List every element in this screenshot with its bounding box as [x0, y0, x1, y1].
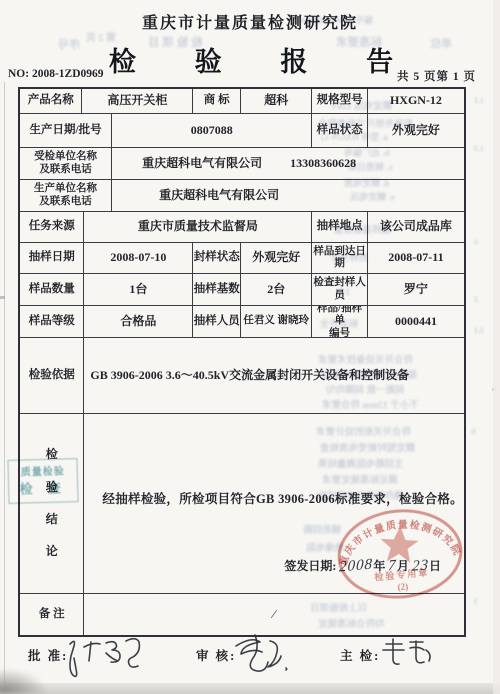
- sample-no-value: 0000441: [367, 306, 464, 337]
- sampling-place-label: 抽样地点: [311, 212, 367, 242]
- scan-right-edge: [493, 0, 500, 694]
- producer-value: 重庆超科电气有限公司: [111, 180, 464, 211]
- sample-status-label: 样品状态: [311, 114, 367, 147]
- sampling-date-label: 抽样日期: [20, 243, 83, 273]
- table-row-remark: 备 注 /: [20, 593, 464, 635]
- sampling-place-value: 该公司成品库: [367, 212, 464, 242]
- page-info: 共 5 页第 1 页: [397, 68, 476, 84]
- bleedthrough-text: 1.3: [474, 144, 484, 153]
- signature-row: 批 准: 审 核: 主 检:: [0, 640, 500, 684]
- base-value: 2台: [240, 274, 311, 305]
- bleedthrough-text: 1.1: [474, 96, 484, 105]
- checker-label: 检查封样人 员: [311, 274, 367, 305]
- sample-status-value: 外观完好: [367, 114, 464, 147]
- chief-label: 主 检:: [340, 646, 380, 664]
- institute-title: 重庆市计量质量检测研究院: [0, 10, 500, 33]
- scan-mark: [0, 296, 5, 299]
- trademark-value: 超科: [240, 89, 311, 113]
- task-source-value: 重庆市质量技术监督局: [83, 212, 311, 242]
- inspected-unit-phone: 13308360628: [290, 157, 356, 171]
- issue-date-year-unit: 年: [373, 559, 385, 573]
- producer-label-line2: 及联系电话: [39, 196, 92, 208]
- issue-date-month-handwritten: 7: [388, 558, 397, 576]
- conclusion-cell: 经抽样检验，所检项目符合GB 3906-2006标准要求，检验合格。 签发日期:…: [83, 414, 464, 593]
- conclusion-label: 检 验 结 论: [20, 414, 83, 593]
- bleedthrough-text: 2.1: [474, 326, 484, 335]
- inspected-unit-label-line2: 及联系电话: [39, 164, 92, 176]
- arrival-date-value: 2008-07-11: [367, 243, 464, 273]
- product-name-label: 产品名称: [20, 89, 81, 113]
- basis-label: 检验依据: [20, 338, 83, 413]
- conclusion-label-char2: 验: [46, 481, 58, 495]
- producer-label: 生产单位名称 及联系电话: [20, 180, 111, 211]
- bleedthrough-text: b: [471, 427, 475, 436]
- table-row-inspected-unit: 受检单位名称 及联系电话 重庆超科电气有限公司 13308360628: [20, 147, 464, 179]
- conclusion-label-char3: 结: [46, 513, 58, 527]
- grade-value: 合格品: [83, 306, 192, 337]
- review-signature: [228, 630, 294, 682]
- sample-no-label-line2: 编号: [329, 328, 350, 337]
- table-row-sampling-date: 抽样日期 2008-07-10 封样状态 外观完好 样品到达日期 2008-07…: [20, 242, 464, 273]
- arrival-date-label: 样品到达日期: [311, 243, 367, 273]
- issue-date-month-unit: 月: [397, 559, 409, 573]
- base-label: 抽样基数: [192, 274, 240, 305]
- remark-slash: /: [271, 607, 277, 622]
- qty-value: 1台: [83, 274, 192, 305]
- conclusion-label-char4: 论: [46, 545, 58, 559]
- spec-value: HXGN-12: [367, 89, 464, 113]
- chief-signature: [376, 632, 442, 674]
- table-row-product: 产品名称 高压开关柜 商 标 超科 规格型号 HXGN-12: [20, 89, 464, 113]
- issue-date-label: 签发日期:: [284, 559, 336, 573]
- task-source-label: 任务来源: [20, 212, 83, 242]
- sample-no-label-line1: 样品/抽样单: [312, 306, 367, 328]
- prod-date-value: 0807088: [111, 114, 311, 147]
- inspected-unit-name: 重庆超科电气有限公司: [142, 157, 262, 171]
- conclusion-label-char1: 检: [46, 448, 58, 462]
- bleedthrough-text: a: [474, 237, 478, 246]
- spec-label: 规格型号: [311, 89, 367, 113]
- sampler-label: 抽样人员: [192, 306, 240, 337]
- table-row-qty: 样品数量 1台 抽样基数 2台 检查封样人 员 罗宁: [20, 273, 464, 305]
- table-row-prod-date: 生产日期/批号 0807088 样品状态 外观完好: [20, 113, 464, 147]
- sampler-value: 任君义 谢晓玲: [240, 306, 311, 337]
- table-row-producer: 生产单位名称 及联系电话 重庆超科电气有限公司: [20, 179, 464, 211]
- seal-status-value: 外观完好: [240, 243, 311, 273]
- checker-value: 罗宁: [367, 274, 464, 305]
- report-table: 产品名称 高压开关柜 商 标 超科 规格型号 HXGN-12 生产日期/批号 0…: [18, 87, 466, 637]
- inspected-unit-label: 受检单位名称 及联系电话: [20, 148, 111, 179]
- remark-value: /: [83, 594, 464, 635]
- basis-value: GB 3906-2006 3.6～40.5kV交流金属封闭开关设备和控制设备: [83, 338, 464, 413]
- prod-date-label: 生产日期/批号: [20, 114, 111, 147]
- scan-edge-line: [4, 82, 5, 688]
- approve-signature: [62, 634, 146, 680]
- grade-label: 样品等级: [20, 306, 83, 337]
- bleedthrough-text: 3: [474, 597, 478, 606]
- sample-no-label: 样品/抽样单 编号: [311, 306, 367, 337]
- scan-corner-shadow: [0, 668, 48, 694]
- table-row-grade: 样品等级 合格品 抽样人员 任君义 谢晓玲 样品/抽样单 编号 0000441: [20, 305, 464, 337]
- table-row-task-source: 任务来源 重庆市质量技术监督局 抽样地点 该公司成品库: [20, 211, 464, 242]
- sampling-date-value: 2008-07-10: [83, 243, 192, 273]
- producer-label-line1: 生产单位名称: [34, 183, 97, 195]
- issue-date-year-handwritten: 2008: [339, 556, 374, 576]
- issue-date-day-handwritten: 23: [412, 557, 430, 576]
- issue-date-line: 签发日期: 2008年 7月 23日: [284, 558, 441, 575]
- inspected-unit-label-line1: 受检单位名称: [34, 151, 97, 163]
- scan-bottom-shadow: [0, 683, 500, 694]
- seal-status-label: 封样状态: [192, 243, 240, 273]
- inspected-unit-value: 重庆超科电气有限公司 13308360628: [111, 148, 464, 179]
- conclusion-text: 经抽样检验，所检项目符合GB 3906-2006标准要求，检验合格。: [102, 492, 463, 506]
- checker-label-line1: 检查封样人: [313, 277, 366, 289]
- qty-label: 样品数量: [20, 274, 83, 305]
- table-row-conclusion: 检 验 结 论 经抽样检验，所检项目符合GB 3906-2006标准要求，检验合…: [20, 413, 464, 593]
- issue-date-day-unit: 日: [429, 559, 441, 573]
- report-number: NO: 2008-1ZD0969: [8, 68, 104, 80]
- product-name-value: 高压开关柜: [81, 89, 192, 113]
- bleedthrough-text: 2: [474, 295, 478, 304]
- table-row-basis: 检验依据 GB 3906-2006 3.6～40.5kV交流金属封闭开关设备和控…: [20, 337, 464, 413]
- trademark-label: 商 标: [192, 89, 240, 113]
- remark-label: 备 注: [20, 594, 83, 635]
- inspection-report-page: 编号:2008-1ZD0969第 2 页序号检 验 项 目标准要求单位1.11.…: [0, 0, 500, 694]
- checker-label-line2: 员: [334, 290, 345, 302]
